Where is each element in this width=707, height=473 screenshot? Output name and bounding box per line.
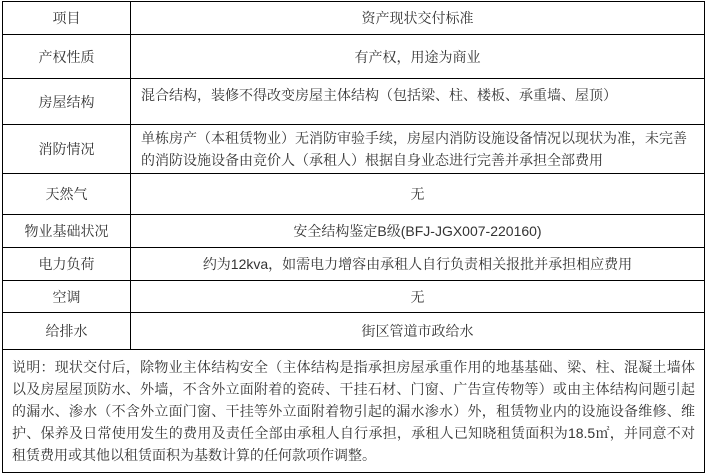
row-water-supply: 给排水 街区管道市政给水 xyxy=(3,313,705,350)
document-page: 项目 资产现状交付标准 产权性质 有产权，用途为商业 房屋结构 混合结构，装修不… xyxy=(0,1,707,454)
header-standard-label: 资产现状交付标准 xyxy=(131,2,705,35)
row-label: 产权性质 xyxy=(3,35,131,79)
note-cell: 说明：现状交付后，除物业主体结构安全（主体结构是指承担房屋承重作用的地基基础、梁… xyxy=(3,350,705,473)
asset-delivery-standard-table: 项目 资产现状交付标准 产权性质 有产权，用途为商业 房屋结构 混合结构，装修不… xyxy=(2,1,705,473)
row-property-nature: 产权性质 有产权，用途为商业 xyxy=(3,35,705,79)
row-label: 电力负荷 xyxy=(3,248,131,281)
row-value: 无 xyxy=(131,281,705,313)
row-label: 消防情况 xyxy=(3,125,131,174)
row-note: 说明：现状交付后，除物业主体结构安全（主体结构是指承担房屋承重作用的地基基础、梁… xyxy=(3,350,705,473)
row-header: 项目 资产现状交付标准 xyxy=(3,2,705,35)
row-label: 给排水 xyxy=(3,313,131,350)
row-fire-safety: 消防情况 单栋房产（本租赁物业）无消防审验手续，房屋内消防设施设备情况以现状为准… xyxy=(3,125,705,174)
row-property-base-condition: 物业基础状况 安全结构鉴定B级(BFJ-JGX007-220160) xyxy=(3,215,705,248)
row-label: 房屋结构 xyxy=(3,79,131,125)
row-value: 无 xyxy=(131,174,705,215)
row-value: 混合结构，装修不得改变房屋主体结构（包括梁、柱、楼板、承重墙、屋顶） xyxy=(131,79,705,125)
row-building-structure: 房屋结构 混合结构，装修不得改变房屋主体结构（包括梁、柱、楼板、承重墙、屋顶） xyxy=(3,79,705,125)
row-label: 空调 xyxy=(3,281,131,313)
row-label: 物业基础状况 xyxy=(3,215,131,248)
row-label: 天然气 xyxy=(3,174,131,215)
row-value: 约为12kva，如需电力增容由承租人自行负责相关报批并承担相应费用 xyxy=(131,248,705,281)
row-value: 单栋房产（本租赁物业）无消防审验手续，房屋内消防设施设备情况以现状为准，未完善的… xyxy=(131,125,705,174)
row-air-conditioning: 空调 无 xyxy=(3,281,705,313)
header-item-label: 项目 xyxy=(3,2,131,35)
row-natural-gas: 天然气 无 xyxy=(3,174,705,215)
row-value: 街区管道市政给水 xyxy=(131,313,705,350)
row-value: 安全结构鉴定B级(BFJ-JGX007-220160) xyxy=(131,215,705,248)
row-power-load: 电力负荷 约为12kva，如需电力增容由承租人自行负责相关报批并承担相应费用 xyxy=(3,248,705,281)
row-value: 有产权，用途为商业 xyxy=(131,35,705,79)
